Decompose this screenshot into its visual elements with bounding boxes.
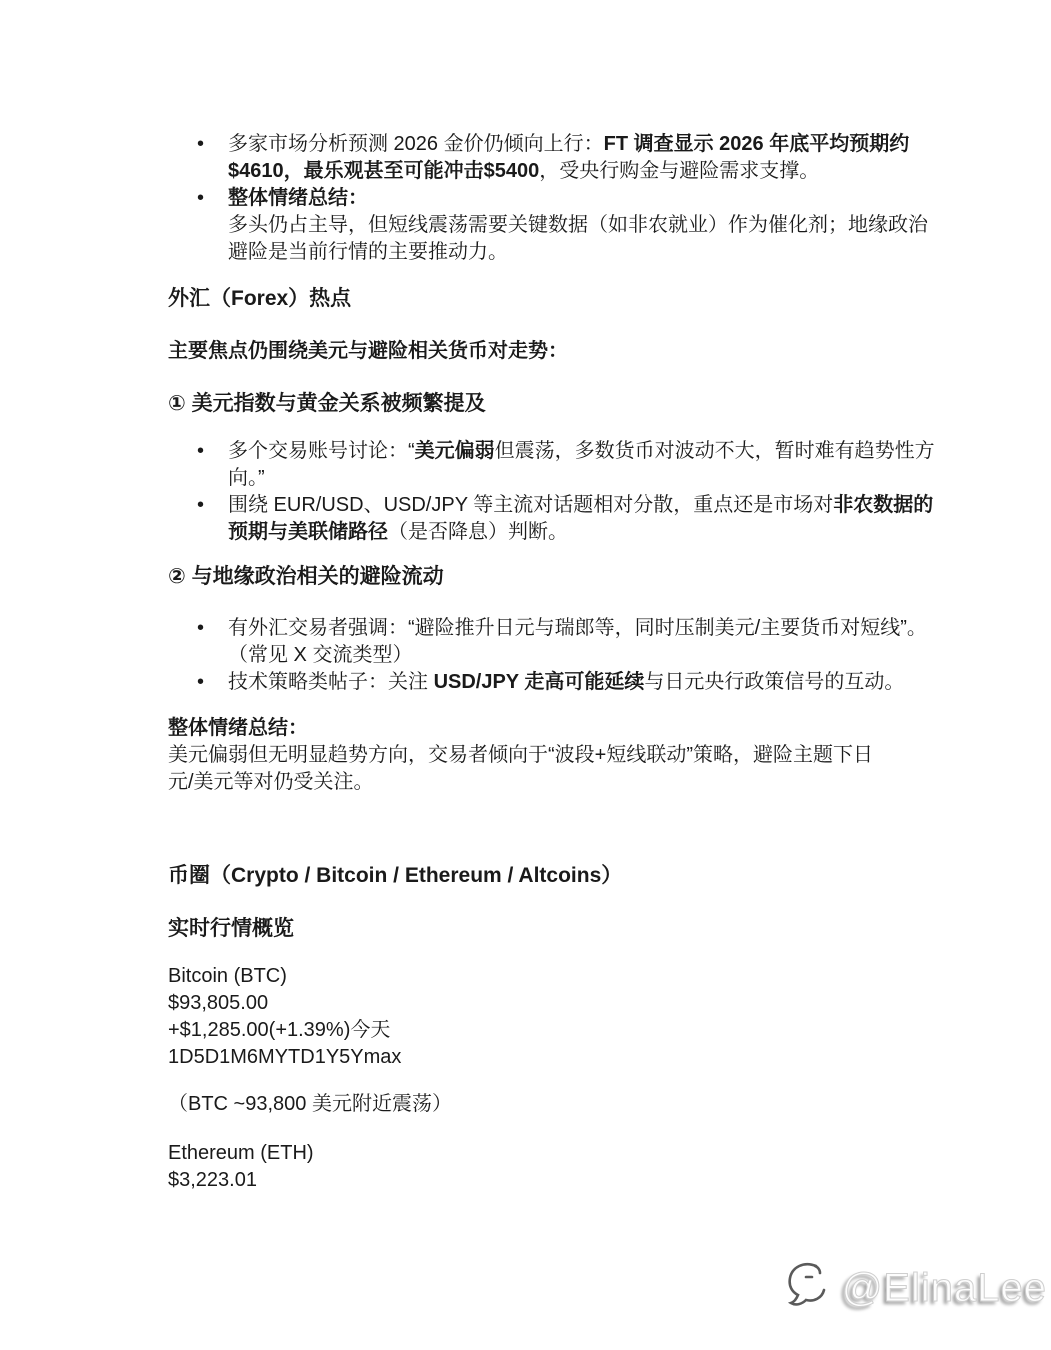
text-run: 美元偏弱但无明显趋势方向，交易者倾向于“波段+短线联动”策略，避险主题下日元/美… — [168, 744, 873, 793]
forex-summary: 整体情绪总结：美元偏弱但无明显趋势方向，交易者倾向于“波段+短线联动”策略，避险… — [168, 715, 886, 796]
text-run: ，受央行购金与避险需求支撑。 — [539, 160, 819, 182]
text-run: 多家市场分析预测 2026 金价仍倾向上行： — [228, 133, 604, 155]
forex-subheading-2: ② 与地缘政治相关的避险流动 — [168, 563, 886, 590]
forex-list-1: 多个交易账号讨论：“美元偏弱但震荡，多数货币对波动不大，暂时难有趋势性方向。” … — [168, 438, 946, 546]
list-item: 多家市场分析预测 2026 金价仍倾向上行：FT 调查显示 2026 年底平均预… — [228, 131, 946, 185]
crypto-section-heading: 币圈（Crypto / Bitcoin / Ethereum / Altcoin… — [168, 862, 886, 889]
eth-name: Ethereum (ETH) — [168, 1140, 886, 1167]
btc-range-selector-text: 1D5D1M6MYTD1Y5Ymax — [168, 1044, 886, 1071]
btc-quote-block: Bitcoin (BTC) $93,805.00 +$1,285.00(+1.3… — [168, 963, 886, 1071]
crypto-subheading: 实时行情概览 — [168, 915, 886, 942]
eth-quote-block: Ethereum (ETH) $3,223.01 — [168, 1140, 886, 1194]
list-item: 整体情绪总结：多头仍占主导，但短线震荡需要关键数据（如非农就业）作为催化剂；地缘… — [228, 185, 946, 266]
text-run: 多个交易账号讨论：“ — [228, 440, 415, 462]
list-item: 技术策略类帖子：关注 USD/JPY 走高可能延续与日元央行政策信号的互动。 — [228, 669, 946, 696]
list-item: 围绕 EUR/USD、USD/JPY 等主流对话题相对分散，重点还是市场对非农数… — [228, 492, 946, 546]
text-run: 技术策略类帖子：关注 — [228, 671, 434, 693]
document-page: 多家市场分析预测 2026 金价仍倾向上行：FT 调查显示 2026 年底平均预… — [0, 0, 1051, 1350]
forex-section-heading: 外汇（Forex）热点 — [168, 285, 886, 312]
text-run: 多头仍占主导，但短线震荡需要关键数据（如非农就业）作为催化剂；地缘政治避险是当前… — [228, 214, 928, 263]
text-run: （是否降息）判断。 — [388, 521, 568, 543]
text-run-bold: 美元偏弱 — [415, 440, 495, 462]
sentiment-summary-label: 整体情绪总结： — [228, 185, 946, 212]
sentiment-summary-label: 整体情绪总结： — [168, 715, 886, 742]
face-profile-logo-icon — [782, 1258, 834, 1318]
text-run: 有外汇交易者强调：“避险推升日元与瑞郎等，同时压制美元/主要货币对短线”。（常见… — [228, 617, 927, 666]
btc-change-today: +$1,285.00(+1.39%)今天 — [168, 1017, 886, 1044]
watermark: @ElinaLee — [782, 1258, 1047, 1318]
list-item: 有外汇交易者强调：“避险推升日元与瑞郎等，同时压制美元/主要货币对短线”。（常见… — [228, 615, 946, 669]
text-run: 围绕 EUR/USD、USD/JPY 等主流对话题相对分散，重点还是市场对 — [228, 494, 833, 516]
watermark-handle: @ElinaLee — [842, 1266, 1047, 1311]
text-run-bold: USD/JPY 走高可能延续 — [434, 671, 645, 693]
text-run: 与日元央行政策信号的互动。 — [644, 671, 904, 693]
btc-name: Bitcoin (BTC) — [168, 963, 886, 990]
forex-intro: 主要焦点仍围绕美元与避险相关货币对走势： — [168, 338, 886, 365]
eth-price: $3,223.01 — [168, 1167, 886, 1194]
btc-price: $93,805.00 — [168, 990, 886, 1017]
forex-list-2: 有外汇交易者强调：“避险推升日元与瑞郎等，同时压制美元/主要货币对短线”。（常见… — [168, 615, 946, 696]
btc-note: （BTC ~93,800 美元附近震荡） — [168, 1091, 886, 1118]
forex-subheading-1: ① 美元指数与黄金关系被频繁提及 — [168, 390, 886, 417]
list-item: 多个交易账号讨论：“美元偏弱但震荡，多数货币对波动不大，暂时难有趋势性方向。” — [228, 438, 946, 492]
gold-summary-list: 多家市场分析预测 2026 金价仍倾向上行：FT 调查显示 2026 年底平均预… — [168, 131, 946, 266]
